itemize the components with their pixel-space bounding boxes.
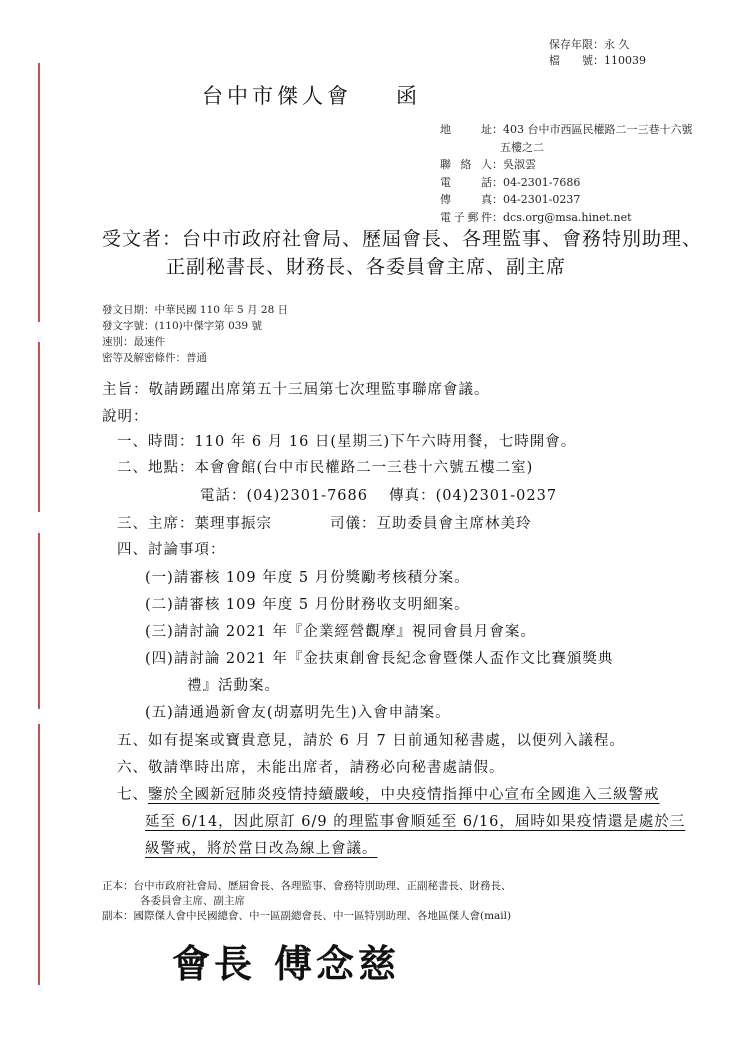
phone-value: ：04-2301-7686 [492,176,580,189]
signature-name: 傅念慈 [274,942,400,986]
org-name: 台中市傑人會 [202,84,352,108]
item-covid-notice: 七、鑒於全國新冠肺炎疫情持續嚴峻，中央疫情指揮中心宣布全國進入三級警戒 [117,783,660,804]
contact-person-value: ：吳淑雲 [492,158,536,171]
margin-line-segment [38,724,40,985]
email-row: 電子郵件：dcs.org@msa.hinet.net [440,209,693,227]
dispatch-info: 發文日期：中華民國 110 年 5 月 28 日 發文字號：(110)中傑字第 … [102,302,288,366]
item-discussion: 四、討論事項： [117,538,226,559]
agenda-item: (四)請討論 2021 年『金扶東創會長紀念會暨傑人盃作文比賽頒獎典 [145,647,613,668]
address-value: ：403 台中市西區民權路二一三巷十六號 [492,123,693,136]
item-attendance: 六、敬請準時出席，未能出席者，請務必向秘書處請假。 [117,756,505,777]
item-covid-line-1: 鑒於全國新冠肺炎疫情持續嚴峻，中央疫情指揮中心宣布全國進入三級警戒 [148,787,660,803]
margin-line-segment [38,342,40,512]
explanation-label: 說明： [102,405,149,426]
phone-label: 電 話 [440,174,492,192]
address-row: 地 址：403 台中市西區民權路二一三巷十六號 [440,121,693,139]
original-recipients-continued: 各委員會主席、副主席 [140,894,245,909]
dispatch-number: 發文字號：(110)中傑字第 039 號 [102,318,288,334]
cc-recipients: 副本：國際傑人會中民國總會、中一區副總會長、中一區特別助理、各地區傑人會(mai… [102,909,511,924]
agenda-item: (五)請通過新會友(胡嘉明先生)入會申請案。 [145,701,451,722]
document-title: 台中市傑人會函 [202,80,421,110]
address-label: 地 址 [440,121,492,139]
agenda-item: (一)請審核 109 年度 5 月份獎勵考核積分案。 [145,566,470,587]
address-value-2: 五樓之二 [500,141,544,154]
file-number-label: 檔 號： [549,54,604,67]
original-recipients: 正本：台中市政府社會局、歷屆會長、各理監事、會務特別助理、正副秘書長、財務長、 [102,879,512,894]
retention-label: 保存年限： [549,38,604,51]
contact-person-label: 聯 絡 人 [440,156,492,174]
retention-value: 永 久 [604,38,630,51]
dispatch-speed: 速別：最速件 [102,334,288,350]
signature: 會長傅念慈 [172,933,400,988]
recipient-line-2: 正副秘書長、財務長、各委員會主席、副主席 [166,253,566,281]
file-number-value: 110039 [604,54,646,67]
item-chair: 三、主席：葉理事振宗 [117,512,272,533]
fax-row: 傳 真：04-2301-0237 [440,191,693,209]
item-covid-line-3: 級警戒，將於當日改為線上會議。 [145,837,378,858]
item-time: 一、時間：110 年 6 月 16 日(星期三)下午六時用餐，七時開會。 [117,430,576,451]
item-mc: 司儀：互助委員會主席林美玲 [330,512,532,533]
contact-block: 地 址：403 台中市西區民權路二一三巷十六號 五樓之二 聯 絡 人：吳淑雲 電… [440,121,693,226]
retention-period: 保存年限：永 久 [549,37,630,53]
margin-line-segment [38,533,40,709]
doc-type: 函 [396,84,421,108]
item-location-contact: 電話：(04)2301-7686 傳真：(04)2301-0237 [200,484,557,505]
margin-line-segment [38,63,40,322]
agenda-item: (三)請討論 2021 年『企業經營觀摩』視同會員月會案。 [145,620,536,641]
contact-person-row: 聯 絡 人：吳淑雲 [440,156,693,174]
agenda-item: (二)請審核 109 年度 5 月份財務收支明細案。 [145,593,470,614]
item-covid-prefix: 七、 [117,787,148,803]
agenda-item-continuation: 禮』活動案。 [187,674,280,695]
email-label: 電子郵件 [440,209,492,227]
fax-label: 傳 真 [440,191,492,209]
recipient-line-1: 受文者：台中市政府社會局、歷屆會長、各理監事、會務特別助理、 [102,225,702,253]
subject: 主旨：敬請踴躍出席第五十三屆第七次理監事聯席會議。 [102,378,490,399]
item-covid-line-2: 延至 6/14，因此原訂 6/9 的理監事會順延至 6/16，屆時如果疫情還是處… [145,810,685,831]
dispatch-date: 發文日期：中華民國 110 年 5 月 28 日 [102,302,288,318]
item-proposals: 五、如有提案或寶貴意見，請於 6 月 7 日前通知秘書處，以便列入議程。 [117,729,625,750]
email-value: ：dcs.org@msa.hinet.net [492,211,632,224]
phone-row: 電 話：04-2301-7686 [440,174,693,192]
signature-title: 會長 [172,942,256,986]
address-row-2: 五樓之二 [440,139,693,157]
file-number: 檔 號：110039 [549,53,646,69]
dispatch-secrecy: 密等及解密條件：普通 [102,350,288,366]
item-location: 二、地點：本會會館(台中市民權路二一三巷十六號五樓二室) [117,456,533,477]
fax-value: ：04-2301-0237 [492,193,580,206]
